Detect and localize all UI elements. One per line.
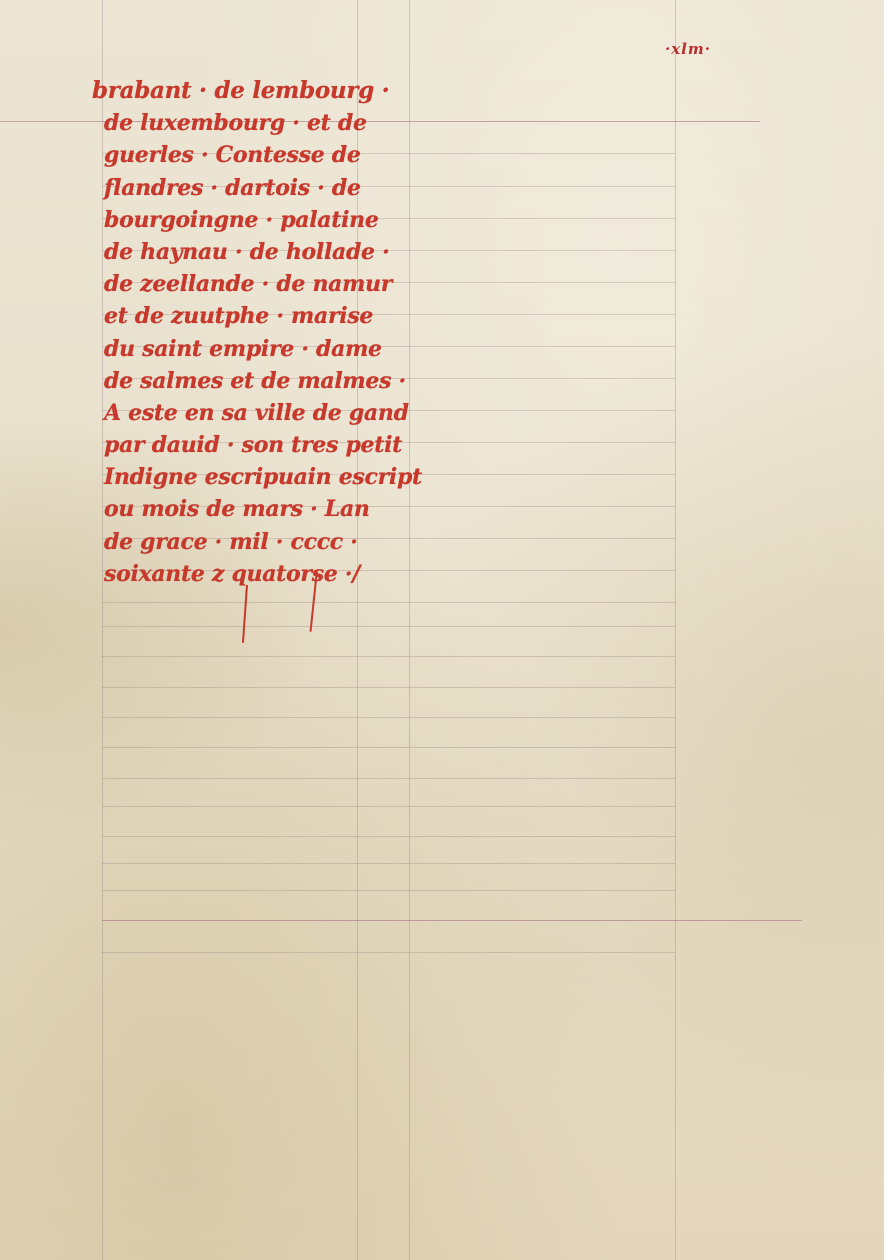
ruling-line-vertical [675,0,676,1260]
ruling-line-horizontal [102,747,675,748]
ruling-line-horizontal [102,778,675,779]
text-line: et de zuutphe · marise [92,300,392,332]
ruling-line-horizontal [102,717,675,718]
text-line: guerles · Contesse de [92,139,392,171]
text-line: soixante z quatorse ·/ [92,558,392,590]
text-line: Indigne escripuain escript [92,461,392,493]
ruling-line-horizontal [102,920,802,921]
ruling-line-horizontal [102,626,675,627]
text-line: bourgoingne · palatine [92,204,392,236]
ruling-line-vertical [409,0,410,1260]
text-line: flandres · dartois · de [92,172,392,204]
text-line: du saint empire · dame [92,333,392,365]
text-line: A este en sa ville de gand [92,397,392,429]
text-line: brabant · de lembourg · [92,75,392,107]
manuscript-page: ·xlm· brabant · de lembourg · de luxembo… [0,0,884,1260]
text-line: de haynau · de hollade · [92,236,392,268]
ruling-line-horizontal [102,602,675,603]
text-line: ou mois de mars · Lan [92,493,392,525]
folio-number: ·xlm· [665,40,711,58]
text-line: de luxembourg · et de [92,107,392,139]
ruling-line-horizontal [102,656,675,657]
ruling-line-horizontal [102,806,675,807]
descender-flourish [242,585,248,643]
text-line: par dauid · son tres petit [92,429,392,461]
ruling-line-horizontal [102,952,675,953]
colophon-text: brabant · de lembourg · de luxembourg · … [92,75,392,590]
ruling-line-horizontal [102,890,675,891]
text-line: de zeellande · de namur [92,268,392,300]
ruling-line-horizontal [102,687,675,688]
text-line: de grace · mil · cccc · [92,526,392,558]
ruling-line-horizontal [102,863,675,864]
text-line: de salmes et de malmes · [92,365,392,397]
ruling-line-horizontal [102,836,675,837]
